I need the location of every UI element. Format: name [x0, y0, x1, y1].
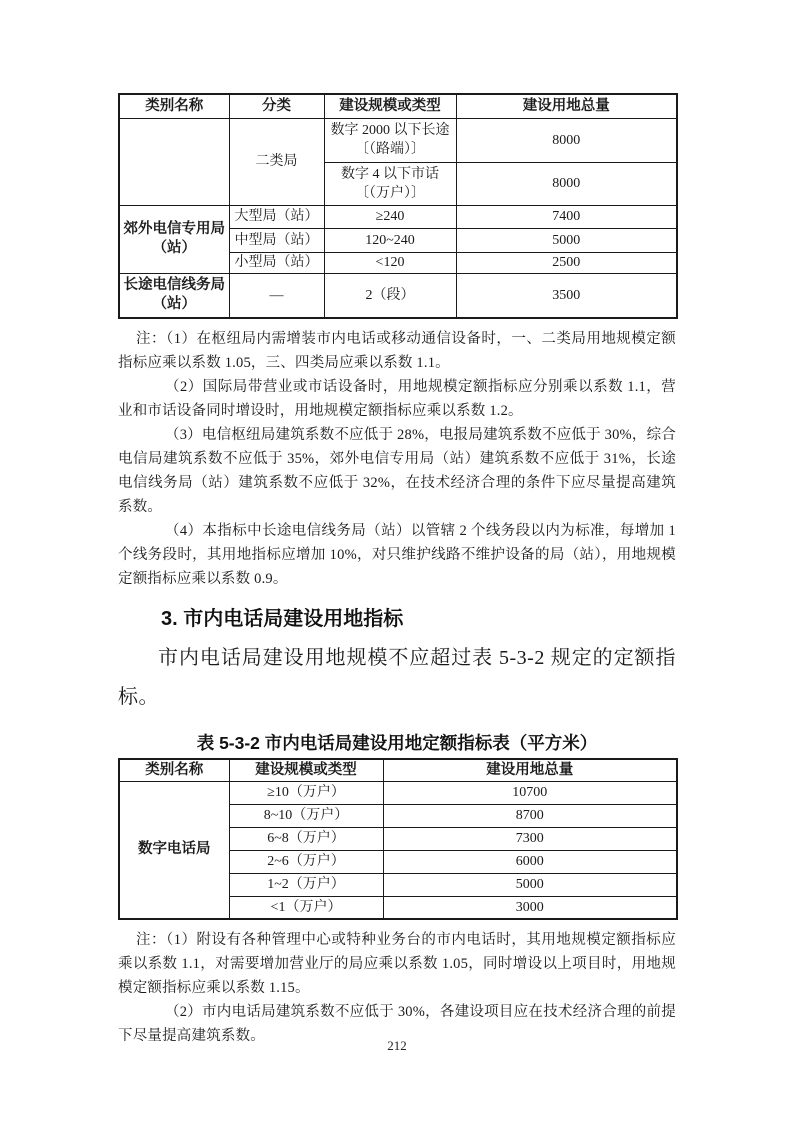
table1-header-scale: 建设规模或类型 — [324, 94, 456, 118]
table2-total-cell: 3000 — [383, 896, 677, 919]
table2-total-cell: 5000 — [383, 873, 677, 896]
table-row: 长途电信线务局 （站） — 2（段） 3500 — [119, 273, 677, 318]
category-line-2: （站） — [122, 239, 227, 258]
table1-classification-cell: 二类局 — [229, 118, 324, 205]
table2-total-cell: 6000 — [383, 850, 677, 873]
table1-total-cell: 8000 — [456, 118, 677, 162]
table2-scale-cell: 8~10（万户） — [229, 804, 383, 827]
table1-classification-cell: 大型局（站） — [229, 205, 324, 228]
scale-line-1: 数字 4 以下市话 — [327, 165, 454, 184]
table-row: 二类局 数字 2000 以下长途 〔（路端）〕 8000 — [119, 118, 677, 162]
table1-classification-cell: 小型局（站） — [229, 252, 324, 273]
scale-line-2: 〔（万户）〕 — [327, 184, 454, 203]
table2-header-category: 类别名称 — [119, 759, 229, 781]
table1-header-total: 建设用地总量 — [456, 94, 677, 118]
table1-category-cell: 郊外电信专用局 （站） — [119, 205, 229, 273]
table2-title: 表 5-3-2 市内电话局建设用地定额指标表（平方米） — [118, 731, 676, 755]
table1-classification-cell: — — [229, 273, 324, 318]
table1-scale-cell: 120~240 — [324, 228, 456, 252]
table2-notes: 注：（1）附设有各种管理中心或特种业务台的市内电话时，其用地规模定额指标应乘以系… — [118, 928, 676, 1048]
table2-total-cell: 8700 — [383, 804, 677, 827]
table1-note-4: （4）本指标中长途电信线务局（站）以管辖 2 个线务段以内为标准，每增加 1 个… — [118, 519, 676, 591]
city-phone-land-table: 类别名称 建设规模或类型 建设用地总量 数字电话局 ≥10（万户） 10700 … — [118, 758, 678, 920]
page-number: 212 — [0, 1038, 794, 1054]
table1-total-cell: 8000 — [456, 162, 677, 205]
section-paragraph: 市内电话局建设用地规模不应超过表 5-3-2 规定的定额指标。 — [118, 639, 676, 717]
table1-notes: 注：（1）在枢纽局内需增装市内电话或移动通信设备时，一、二类局用地规模定额指标应… — [118, 327, 676, 591]
table2-header-scale: 建设规模或类型 — [229, 759, 383, 781]
table1-category-cell: 长途电信线务局 （站） — [119, 273, 229, 318]
table2-header-row: 类别名称 建设规模或类型 建设用地总量 — [119, 759, 677, 781]
table2-category-cell: 数字电话局 — [119, 781, 229, 919]
table1-classification-cell: 中型局（站） — [229, 228, 324, 252]
table1-total-cell: 7400 — [456, 205, 677, 228]
table2-total-cell: 10700 — [383, 781, 677, 804]
scale-line-2: 〔（路端）〕 — [327, 140, 454, 159]
table1-scale-cell: ≥240 — [324, 205, 456, 228]
table2-total-cell: 7300 — [383, 827, 677, 850]
table1-scale-cell: 数字 4 以下市话 〔（万户）〕 — [324, 162, 456, 205]
table1-scale-cell: 数字 2000 以下长途 〔（路端）〕 — [324, 118, 456, 162]
table2-scale-cell: ≥10（万户） — [229, 781, 383, 804]
table-row: 数字电话局 ≥10（万户） 10700 — [119, 781, 677, 804]
table1-header-row: 类别名称 分类 建设规模或类型 建设用地总量 — [119, 94, 677, 118]
table1-header-category: 类别名称 — [119, 94, 229, 118]
table1-scale-cell: <120 — [324, 252, 456, 273]
category-line-1: 郊外电信专用局 — [122, 220, 227, 239]
table1-category-empty-cell — [119, 118, 229, 205]
table1-scale-cell: 2（段） — [324, 273, 456, 318]
table-row: 郊外电信专用局 （站） 大型局（站） ≥240 7400 — [119, 205, 677, 228]
table2-note-1: 注：（1）附设有各种管理中心或特种业务台的市内电话时，其用地规模定额指标应乘以系… — [118, 928, 676, 1000]
category-line-2: （站） — [122, 295, 227, 314]
table1-note-3: （3）电信枢纽局建筑系数不应低于 28%，电报局建筑系数不应低于 30%，综合电… — [118, 423, 676, 519]
page-content: 类别名称 分类 建设规模或类型 建设用地总量 二类局 数字 2000 以下长途 … — [118, 0, 676, 1048]
section-heading: 3. 市内电话局建设用地指标 — [161, 605, 676, 633]
table1-total-cell: 3500 — [456, 273, 677, 318]
table2-scale-cell: 2~6（万户） — [229, 850, 383, 873]
table1-note-1: 注：（1）在枢纽局内需增装市内电话或移动通信设备时，一、二类局用地规模定额指标应… — [118, 327, 676, 375]
table2-header-total: 建设用地总量 — [383, 759, 677, 781]
table1-header-classification: 分类 — [229, 94, 324, 118]
table2-scale-cell: 6~8（万户） — [229, 827, 383, 850]
table2-scale-cell: <1（万户） — [229, 896, 383, 919]
telecom-bureau-land-table: 类别名称 分类 建设规模或类型 建设用地总量 二类局 数字 2000 以下长途 … — [118, 93, 678, 319]
table1-note-2: （2）国际局带营业或市话设备时，用地规模定额指标应分别乘以系数 1.1，营业和市… — [118, 375, 676, 423]
table1-total-cell: 5000 — [456, 228, 677, 252]
table2-scale-cell: 1~2（万户） — [229, 873, 383, 896]
scale-line-1: 数字 2000 以下长途 — [327, 121, 454, 140]
category-line-1: 长途电信线务局 — [122, 276, 227, 295]
document-page: 类别名称 分类 建设规模或类型 建设用地总量 二类局 数字 2000 以下长途 … — [0, 0, 794, 1122]
table1-total-cell: 2500 — [456, 252, 677, 273]
